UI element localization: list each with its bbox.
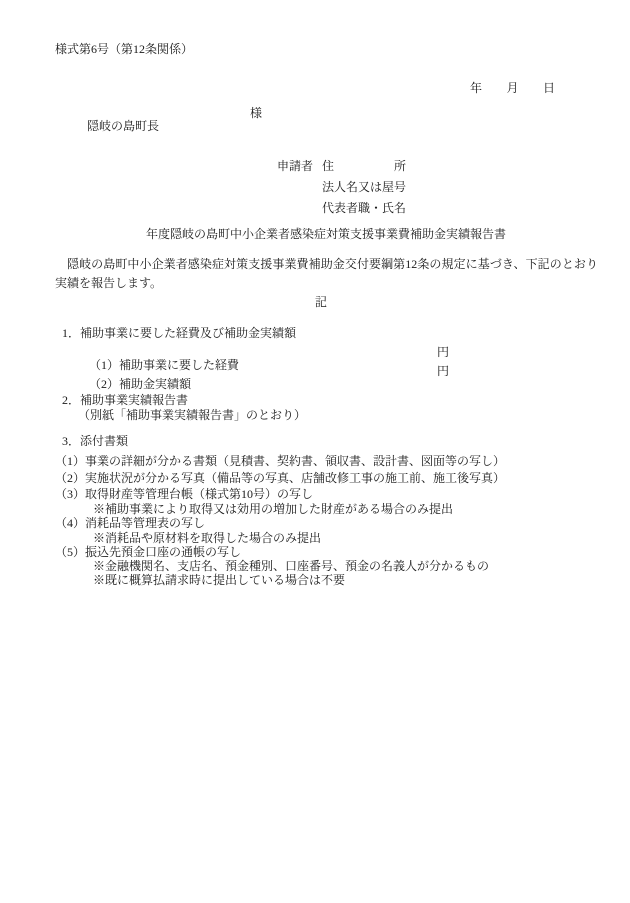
section2-heading: 2．補助事業実績報告書	[62, 394, 188, 407]
section1-heading: 1．補助事業に要した経費及び補助金実績額	[62, 327, 296, 340]
date-line: 年 月 日	[470, 82, 555, 95]
section3-item-bankbook-note1: ※金融機関名、支店名、預金種別、口座番号、預金の名義人が分かるもの	[93, 560, 489, 573]
applicant-representative-label: 代表者職・氏名	[322, 202, 406, 215]
section3-item-photos: （2）実施状況が分かる写真（備品等の写真、店舗改修工事の施工前、施工後写真）	[55, 472, 505, 485]
section3-heading: 3．添付書類	[62, 435, 128, 448]
section3-item-bankbook: （5）振込先預金口座の通帳の写し	[55, 546, 241, 559]
section1-item-expenses-unit: 円	[437, 346, 449, 359]
applicant-address-label: 住 所	[322, 160, 406, 173]
section3-item-documents: （1）事業の詳細が分かる書類（見積書、契約書、領収書、設計書、図面等の写し）	[55, 455, 505, 468]
section3-item-property-ledger-note: ※補助事業により取得又は効用の増加した財産がある場合のみ提出	[93, 503, 453, 516]
ki-marker: 記	[0, 296, 630, 309]
date-day-label: 日	[543, 82, 555, 95]
document-page: 様式第6号（第12条関係） 年 月 日 隠岐の島町長 様 申請者 住 所 法人名…	[0, 0, 630, 903]
date-month-label: 月	[506, 82, 518, 95]
section1-item-subsidy-amount-label: （2）補助金実績額	[89, 377, 191, 391]
addressee-name: 隠岐の島町長	[87, 119, 159, 133]
section1-item-subsidy-amount-unit: 円	[437, 365, 449, 378]
applicant-company-label: 法人名又は屋号	[322, 181, 406, 194]
section3-item-consumables: （4）消耗品等管理表の写し	[55, 517, 205, 530]
section3-item-bankbook-note2: ※既に概算払請求時に提出している場合は不要	[93, 574, 345, 587]
date-year-label: 年	[470, 82, 482, 95]
section3-item-property-ledger: （3）取得財産等管理台帳（様式第10号）の写し	[55, 488, 313, 501]
form-number: 様式第6号（第12条関係）	[55, 43, 193, 56]
section2-note: （別紙「補助事業実績報告書」のとおり）	[78, 409, 306, 422]
addressee-honorific: 様	[250, 107, 262, 120]
body-paragraph: 隠岐の島町中小企業者感染症対策支援事業費補助金交付要綱第12条の規定に基づき、下…	[55, 255, 598, 292]
section3-item-consumables-note: ※消耗品や原材料を取得した場合のみ提出	[93, 532, 321, 545]
addressee-line: 隠岐の島町長 様	[75, 107, 375, 159]
applicant-label: 申請者	[277, 160, 313, 173]
document-title: 年度隠岐の島町中小企業者感染症対策支援事業費補助金実績報告書	[0, 228, 630, 241]
